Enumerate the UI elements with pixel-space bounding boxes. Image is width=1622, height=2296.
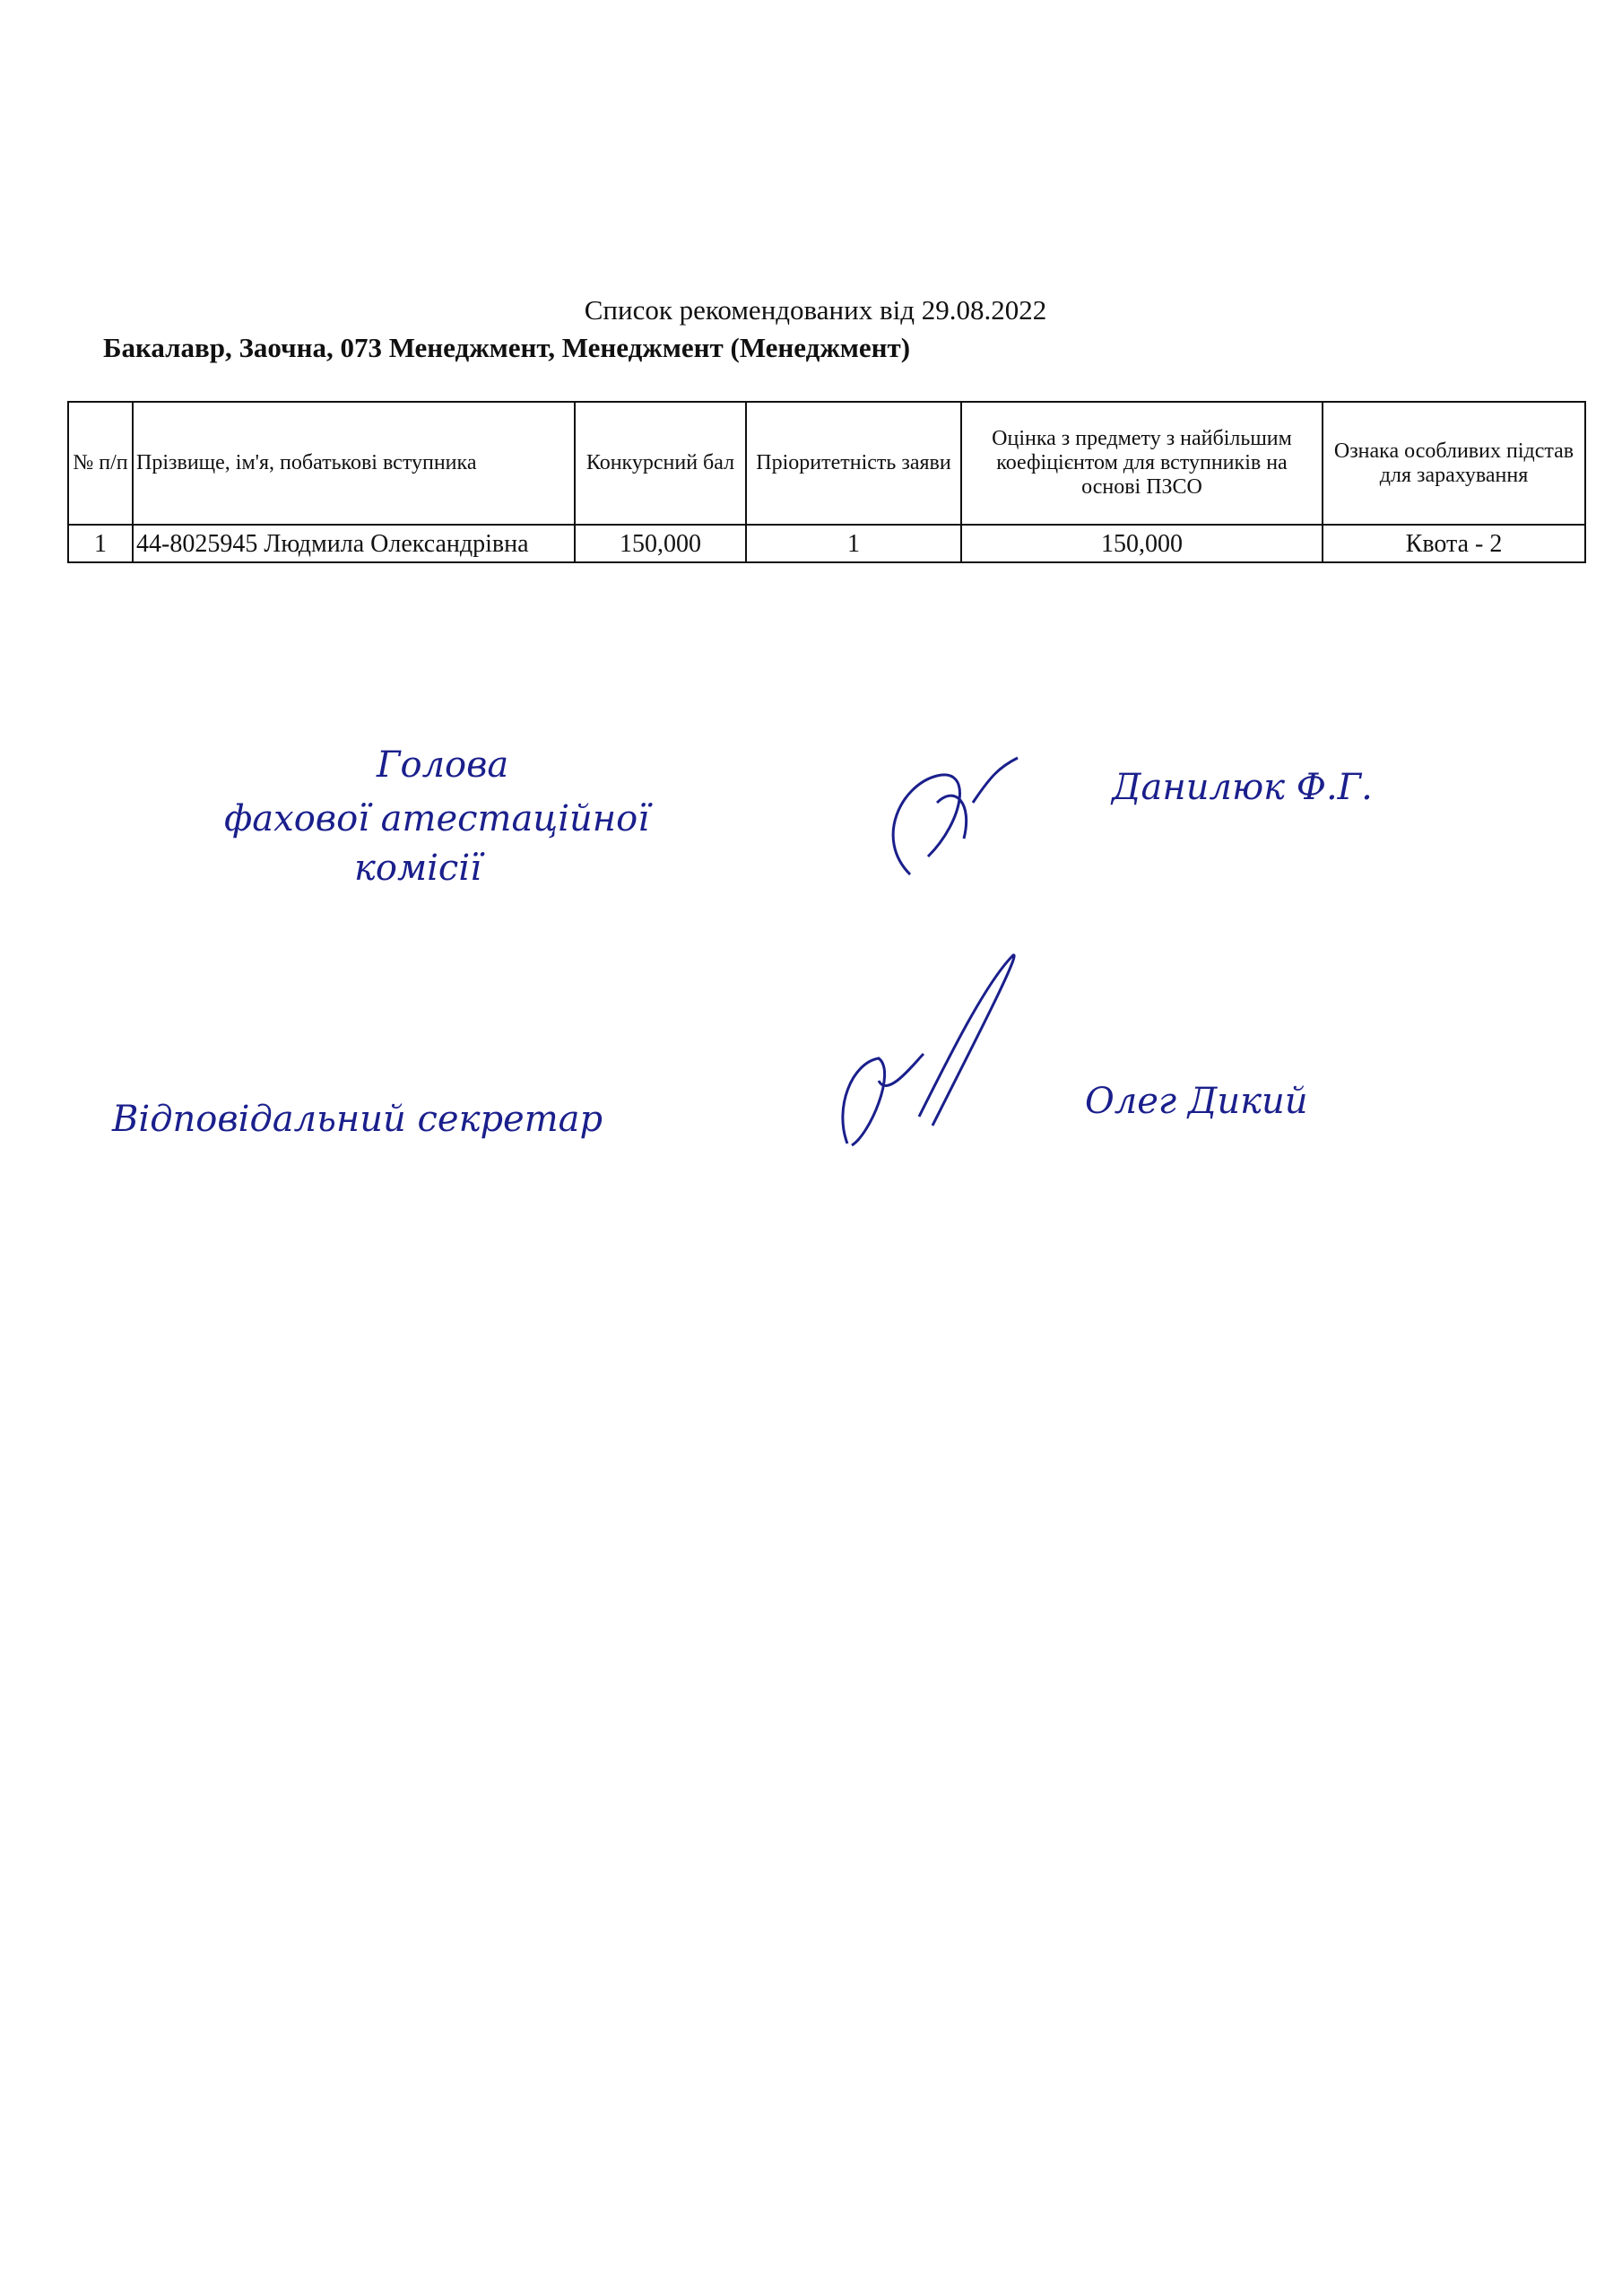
cell-number: 1 bbox=[68, 525, 133, 562]
chair-name: Данилюк Ф.Г. bbox=[1112, 767, 1373, 808]
cell-subject-grade: 150,000 bbox=[961, 525, 1323, 562]
secretary-name: Олег Дикий bbox=[1085, 1081, 1308, 1122]
chair-role-line-1: Голова bbox=[377, 744, 508, 786]
chair-role-line-3: комісії bbox=[354, 848, 481, 889]
cell-priority: 1 bbox=[746, 525, 961, 562]
header-special-grounds: Ознака особливих підстав для зарахування bbox=[1323, 402, 1585, 525]
recommended-list-table: № п/п Прізвище, ім'я, побатькові вступни… bbox=[67, 401, 1586, 563]
chair-role-line-2: фахової атестаційної bbox=[224, 798, 649, 839]
header-subject-grade: Оцінка з предмету з найбільшим коефіцієн… bbox=[961, 402, 1323, 525]
header-name: Прізвище, ім'я, побатькові вступника bbox=[133, 402, 575, 525]
secretary-signature bbox=[834, 946, 1103, 1152]
document-title: Список рекомендованих від 29.08.2022 bbox=[0, 294, 1622, 326]
header-priority: Пріоритетність заяви bbox=[746, 402, 961, 525]
document-subtitle: Бакалавр, Заочна, 073 Менеджмент, Менедж… bbox=[103, 332, 910, 364]
header-number: № п/п bbox=[68, 402, 133, 525]
header-score: Конкурсний бал bbox=[575, 402, 746, 525]
cell-name: 44-8025945 Людмила Олександрівна bbox=[133, 525, 575, 562]
table-row: 1 44-8025945 Людмила Олександрівна 150,0… bbox=[68, 525, 1585, 562]
cell-special-grounds: Квота - 2 bbox=[1323, 525, 1585, 562]
secretary-role: Відповідальний секретар bbox=[112, 1099, 603, 1140]
chair-signature bbox=[874, 749, 1054, 883]
table-header-row: № п/п Прізвище, ім'я, побатькові вступни… bbox=[68, 402, 1585, 525]
cell-score: 150,000 bbox=[575, 525, 746, 562]
